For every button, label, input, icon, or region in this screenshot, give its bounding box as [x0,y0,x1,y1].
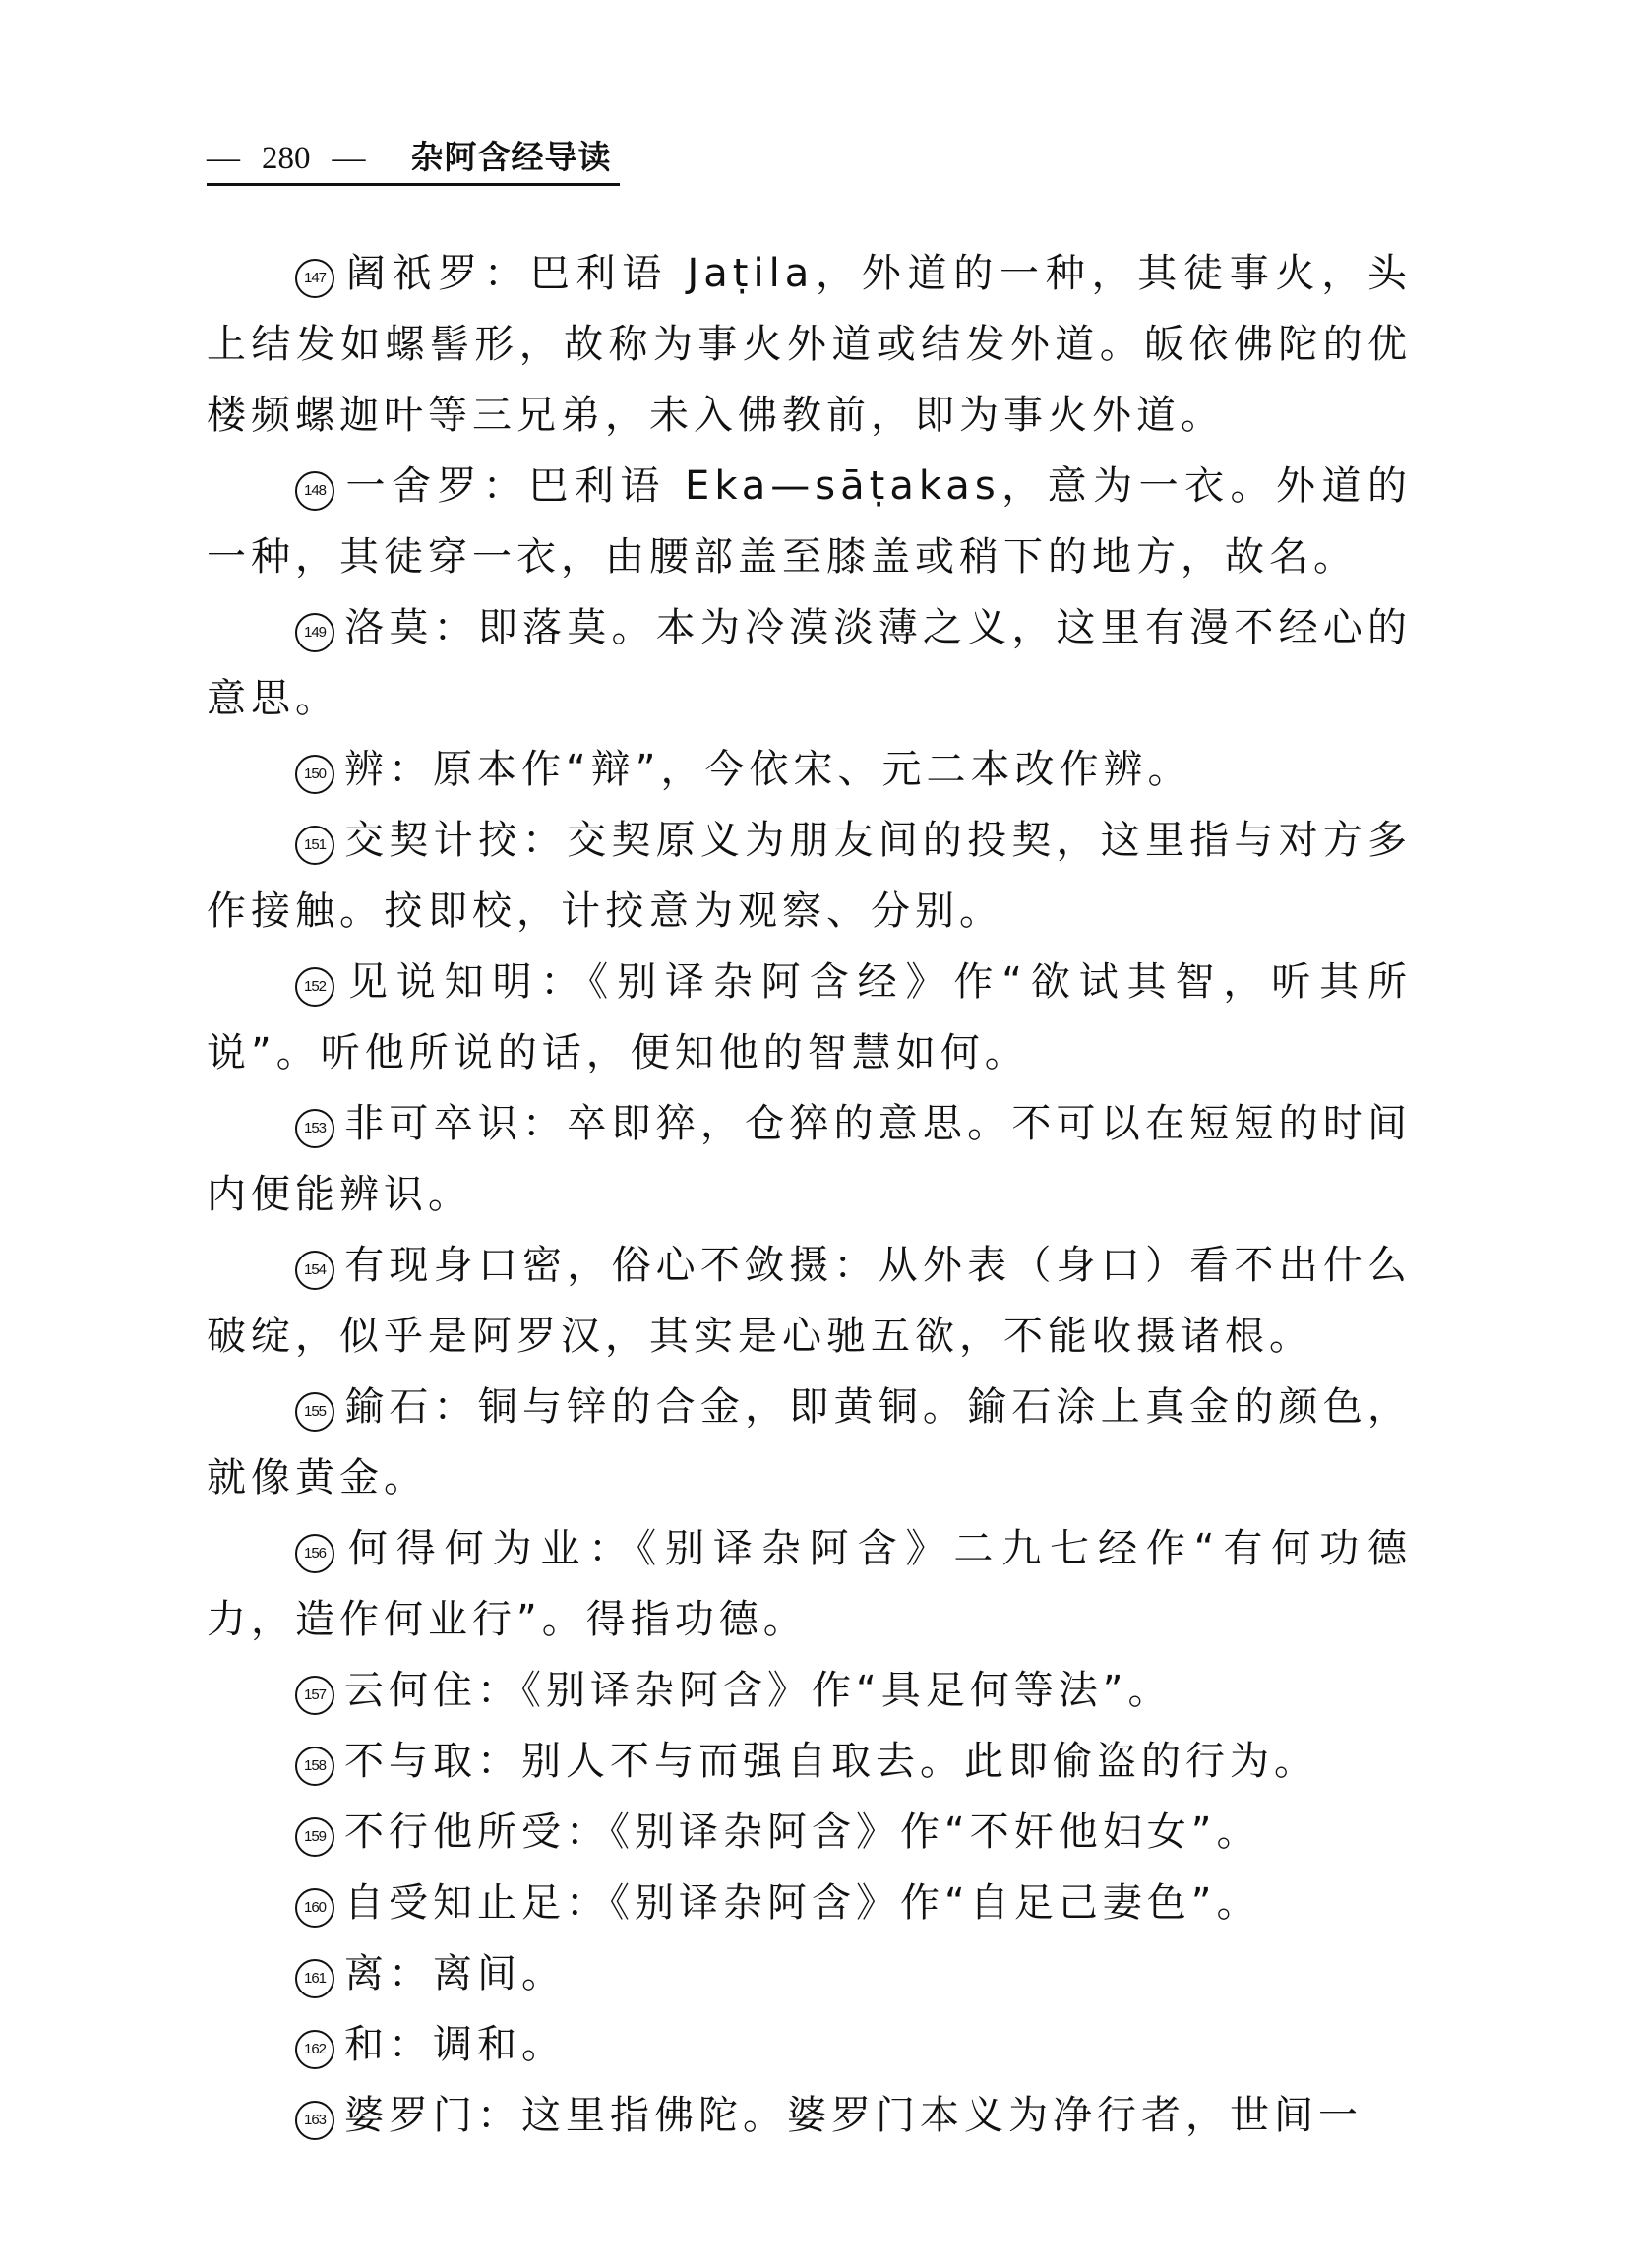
book-title: 杂阿含经导读 [411,136,612,179]
note-text: 见说知明：《别译杂阿含经》作“欲试其智，听其所说”。听他所说的话，便知他的智慧如… [207,959,1412,1075]
note-text: 非可卒识：卒即猝，仓猝的意思。不可以在短短的时间内便能辨识。 [207,1101,1412,1217]
note-number-circle: 153 [295,1109,334,1148]
note-160: 160自受知止足：《别译杂阿含》作“自足己妻色”。 [207,1868,1412,1938]
note-number-circle: 162 [295,2030,334,2069]
header-dash-left: — [207,137,240,180]
note-number-circle: 149 [295,613,334,652]
note-157: 157云何住：《别译杂阿含》作“具足何等法”。 [207,1655,1412,1726]
note-149: 149洛莫：即落莫。本为冷漠淡薄之义，这里有漫不经心的意思。 [207,592,1412,734]
note-155: 155鍮石：铜与锌的合金，即黄铜。鍮石涂上真金的颜色，就像黄金。 [207,1372,1412,1513]
note-text: 和：调和。 [344,2022,566,2067]
note-158: 158不与取：别人不与而强自取去。此即偷盗的行为。 [207,1726,1412,1797]
note-number-circle: 147 [295,259,334,298]
note-number-circle: 156 [295,1534,334,1573]
note-number-circle: 155 [295,1392,334,1432]
note-number-circle: 148 [295,471,334,511]
note-text: 不与取：别人不与而强自取去。此即偷盗的行为。 [344,1739,1318,1784]
header-dash-right: — [333,137,366,180]
note-number-circle: 163 [295,2101,334,2140]
note-161: 161离：离间。 [207,1938,1412,2009]
note-number-circle: 152 [295,967,334,1007]
note-number-circle: 159 [295,1817,334,1857]
note-147: 147阇祇罗：巴利语 Jaṭila，外道的一种，其徒事火，头上结发如螺髻形，故称… [207,238,1412,451]
note-156: 156何得何为业：《别译杂阿含》二九七经作“有何功德力，造作何业行”。得指功德。 [207,1513,1412,1655]
note-150: 150辨：原本作“辩”，今依宋、元二本改作辨。 [207,734,1412,805]
note-154: 154有现身口密，俗心不敛摄：从外表（身口）看不出什么破绽，似乎是阿罗汉，其实是… [207,1230,1412,1372]
note-number-circle: 150 [295,755,334,794]
note-text: 交契计挍：交契原义为朋友间的投契，这里指与对方多作接触。挍即校，计挍意为观察、分… [207,818,1412,934]
note-number-circle: 154 [295,1251,334,1290]
note-151: 151交契计挍：交契原义为朋友间的投契，这里指与对方多作接触。挍即校，计挍意为观… [207,805,1412,947]
note-162: 162和：调和。 [207,2009,1412,2080]
running-header: — 280 — 杂阿含经导读 [207,136,620,186]
note-text: 一舍罗：巴利语 Eka—sāṭakas，意为一衣。外道的一种，其徒穿一衣，由腰部… [207,463,1412,580]
note-number-circle: 158 [295,1747,334,1786]
note-text: 洛莫：即落莫。本为冷漠淡薄之义，这里有漫不经心的意思。 [207,605,1412,721]
note-text: 婆罗门：这里指佛陀。婆罗门本义为净行者，世间一 [344,2093,1363,2138]
note-152: 152见说知明：《别译杂阿含经》作“欲试其智，听其所说”。听他所说的话，便知他的… [207,947,1412,1088]
notes-body: 147阇祇罗：巴利语 Jaṭila，外道的一种，其徒事火，头上结发如螺髻形，故称… [207,238,1412,2151]
note-text: 有现身口密，俗心不敛摄：从外表（身口）看不出什么破绽，似乎是阿罗汉，其实是心驰五… [207,1243,1412,1359]
note-text: 离：离间。 [344,1951,566,1996]
note-text: 鍮石：铜与锌的合金，即黄铜。鍮石涂上真金的颜色，就像黄金。 [207,1384,1412,1501]
note-148: 148一舍罗：巴利语 Eka—sāṭakas，意为一衣。外道的一种，其徒穿一衣，… [207,451,1412,592]
note-text: 阇祇罗：巴利语 Jaṭila，外道的一种，其徒事火，头上结发如螺髻形，故称为事火… [207,251,1412,438]
note-text: 云何住：《别译杂阿含》作“具足何等法”。 [344,1668,1172,1713]
note-number-circle: 161 [295,1959,334,1998]
note-text: 何得何为业：《别译杂阿含》二九七经作“有何功德力，造作何业行”。得指功德。 [207,1526,1412,1642]
note-159: 159不行他所受：《别译杂阿含》作“不奸他妇女”。 [207,1797,1412,1868]
note-163: 163婆罗门：这里指佛陀。婆罗门本义为净行者，世间一 [207,2080,1412,2151]
note-text: 不行他所受：《别译杂阿含》作“不奸他妇女”。 [344,1809,1260,1855]
note-number-circle: 160 [295,1888,334,1928]
note-number-circle: 157 [295,1676,334,1715]
note-153: 153非可卒识：卒即猝，仓猝的意思。不可以在短短的时间内便能辨识。 [207,1088,1412,1230]
page-number: 280 [262,137,311,180]
note-number-circle: 151 [295,826,334,865]
note-text: 辨：原本作“辩”，今依宋、元二本改作辨。 [344,747,1191,792]
note-text: 自受知止足：《别译杂阿含》作“自足己妻色”。 [344,1880,1260,1926]
